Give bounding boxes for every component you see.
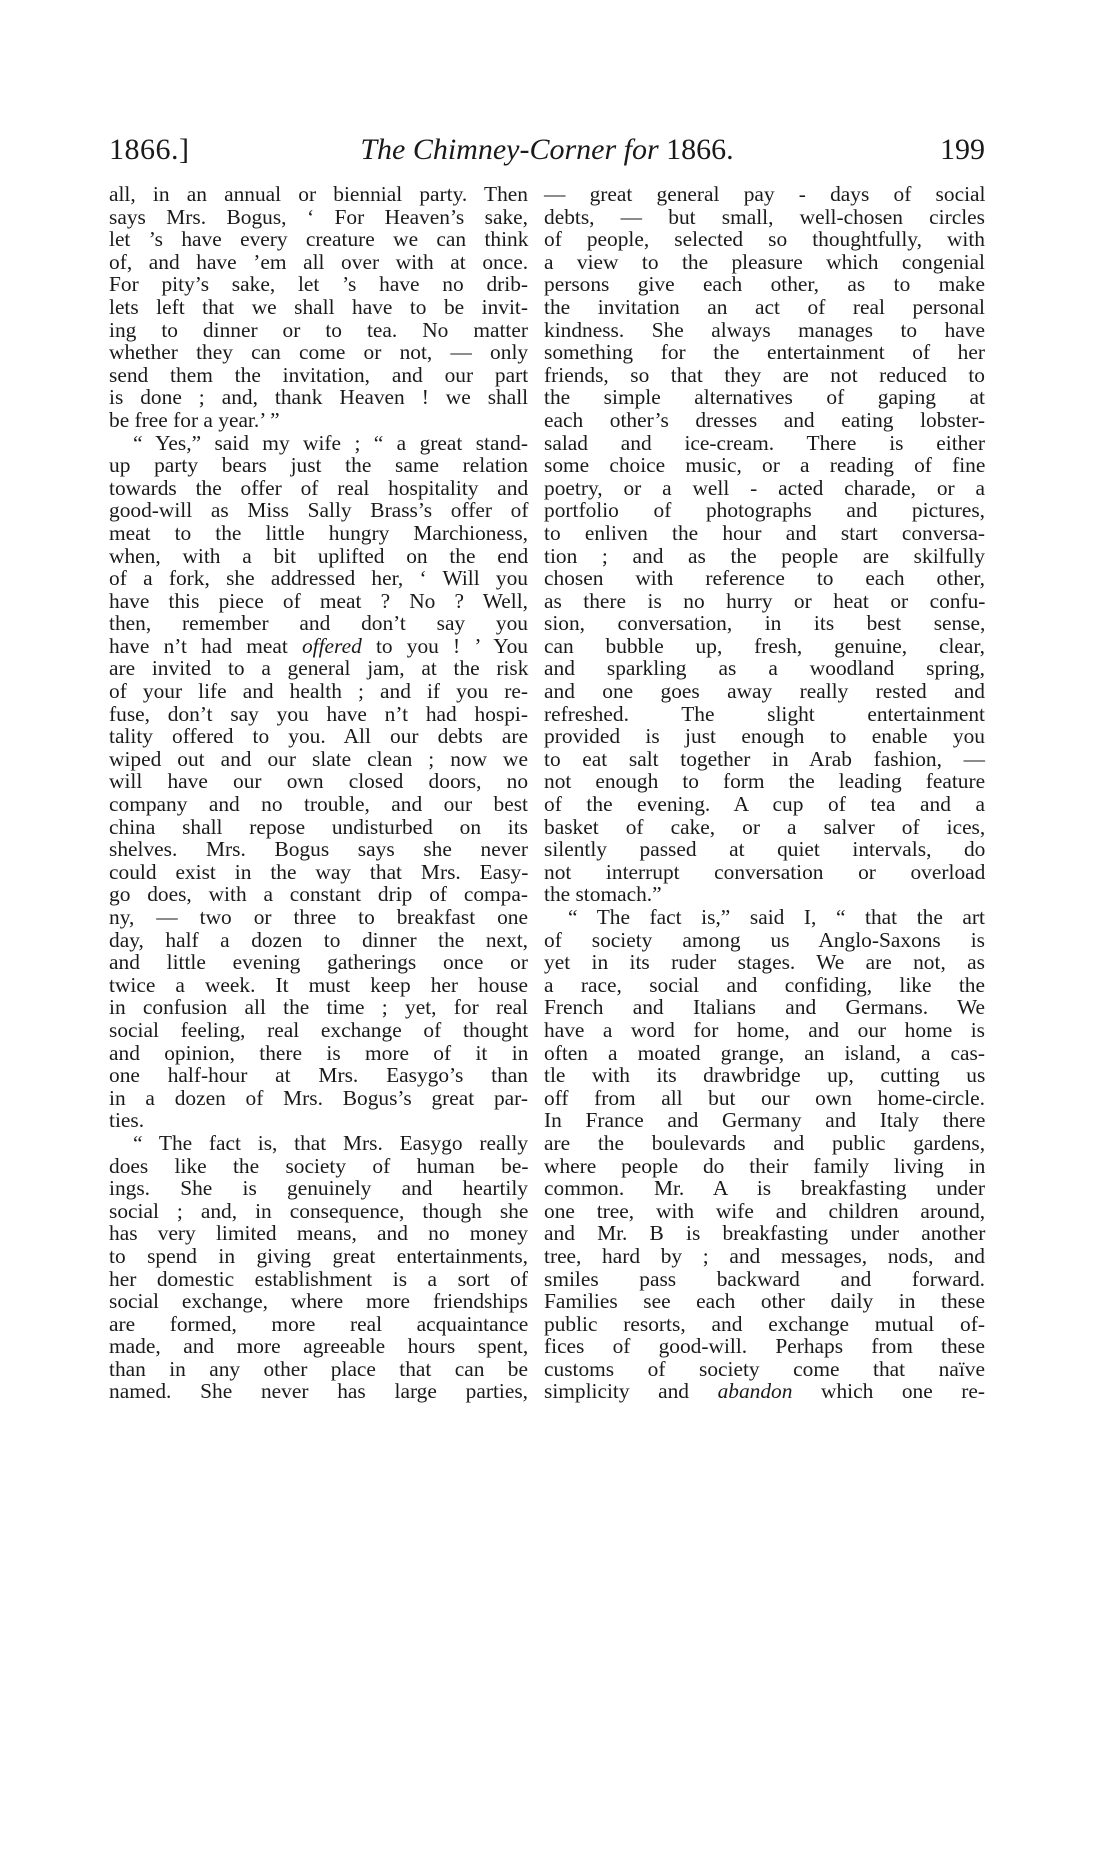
text-line: debts, — but small, well-chosen circles [544,206,985,229]
running-head: 1866.] The Chimney-Corner for 1866. 199 [109,130,985,170]
text-line: to eat salt together in Arab fashion, — [544,748,985,771]
text-line: and Mr. B is breakfasting under another [544,1222,985,1245]
text-line: social exchange, where more friendships [109,1290,528,1313]
text-line: French and Italians and Germans. We [544,996,985,1019]
text-line: sion, conversation, in its best sense, [544,612,985,635]
text-run: simplicity and [544,1379,718,1403]
text-line: than in any other place that can be [109,1358,528,1381]
text-line: lets left that we shall have to be invit… [109,296,528,319]
text-line: wiped out and our slate clean ; now we [109,748,528,771]
text-line: made, and more agreeable hours spent, [109,1335,528,1358]
text-line: one tree, with wife and children around, [544,1200,985,1223]
text-line: provided is just enough to enable you [544,725,985,748]
text-line: friends, so that they are not reduced to [544,364,985,387]
right-column: — great general pay - days of socialdebt… [544,183,985,1403]
text-line: and opinion, there is more of it in [109,1042,528,1065]
text-line: has very limited means, and no money [109,1222,528,1245]
text-line: In France and Germany and Italy there [544,1109,985,1132]
text-line: yet in its ruder stages. We are not, as [544,951,985,974]
text-line: each other’s dresses and eating lobster- [544,409,985,432]
text-line: tality offered to you. All our debts are [109,725,528,748]
text-line: chosen with reference to each other, [544,567,985,590]
text-line: kindness. She always manages to have [544,319,985,342]
text-line: company and no trouble, and our best [109,793,528,816]
text-line: one half-hour at Mrs. Easygo’s than [109,1064,528,1087]
text-line: something for the entertainment of her [544,341,985,364]
text-line: when, with a bit uplifted on the end [109,545,528,568]
text-line: basket of cake, or a salver of ices, [544,816,985,839]
text-line: For pity’s sake, let ’s have no drib- [109,273,528,296]
text-line: often a moated grange, an island, a cas- [544,1042,985,1065]
text-line: meat to the little hungry Marchioness, [109,522,528,545]
text-line: fices of good-will. Perhaps from these [544,1335,985,1358]
text-line: be free for a year.’ ” [109,409,528,432]
text-line: does like the society of human be- [109,1155,528,1178]
text-line: some choice music, or a reading of fine [544,454,985,477]
text-line: then, remember and don’t say you [109,612,528,635]
text-line: the stomach.” [544,883,985,906]
text-line: Families see each other daily in these [544,1290,985,1313]
text-line: up party bears just the same relation [109,454,528,477]
text-line: to enliven the hour and start conversa- [544,522,985,545]
text-line: china shall repose undisturbed on its [109,816,528,839]
text-line: can bubble up, fresh, genuine, clear, [544,635,985,658]
text-line: in confusion all the time ; yet, for rea… [109,996,528,1019]
text-line: of society among us Anglo-Saxons is [544,929,985,952]
text-line: twice a week. It must keep her house [109,974,528,997]
book-page: 1866.] The Chimney-Corner for 1866. 199 … [0,0,1112,1850]
text-line: tion ; and as the people are skilfully [544,545,985,568]
text-line: tle with its drawbridge up, cutting us [544,1064,985,1087]
text-line: have n’t had meat offered to you ! ’ You [109,635,528,658]
text-line: of a fork, she addressed her, ‘ Will you [109,567,528,590]
text-run: to you ! ’ You [362,634,528,658]
text-line: the invitation an act of real personal [544,296,985,319]
text-line: ties. [109,1109,528,1132]
text-line: shelves. Mrs. Bogus says she never [109,838,528,861]
italic-text-run: offered [302,634,362,658]
text-line: her domestic establishment is a sort of [109,1268,528,1291]
text-line: go does, with a constant drip of compa- [109,883,528,906]
text-line: social feeling, real exchange of thought [109,1019,528,1042]
text-line: whether they can come or not, — only [109,341,528,364]
text-line: “ The fact is, that Mrs. Easygo really [109,1132,528,1155]
text-line: let ’s have every creature we can think [109,228,528,251]
text-line: good-will as Miss Sally Brass’s offer of [109,499,528,522]
text-line: public resorts, and exchange mutual of- [544,1313,985,1336]
text-line: is done ; and, thank Heaven ! we shall [109,386,528,409]
left-column: all, in an annual or biennial party. The… [109,183,528,1403]
text-line: all, in an annual or biennial party. The… [109,183,528,206]
text-run: which one re- [792,1379,985,1403]
text-line: persons give each other, as to make [544,273,985,296]
text-line: refreshed. The slight entertainment [544,703,985,726]
text-line: are formed, more real acquaintance [109,1313,528,1336]
text-run: have n’t had meat [109,634,302,658]
running-head-title-year: 1866. [666,133,734,166]
text-line: a view to the pleasure which congenial [544,251,985,274]
text-line: have a word for home, and our home is [544,1019,985,1042]
text-line: the simple alternatives of gaping at [544,386,985,409]
text-line: poetry, or a well - acted charade, or a [544,477,985,500]
text-line: and little evening gatherings once or [109,951,528,974]
text-line: in a dozen of Mrs. Bogus’s great par- [109,1087,528,1110]
text-line: portfolio of photographs and pictures, [544,499,985,522]
text-line: says Mrs. Bogus, ‘ For Heaven’s sake, [109,206,528,229]
text-line: social ; and, in consequence, though she [109,1200,528,1223]
text-line: day, half a dozen to dinner the next, [109,929,528,952]
text-line: tree, hard by ; and messages, nods, and [544,1245,985,1268]
text-line: common. Mr. A is breakfasting under [544,1177,985,1200]
text-line: ings. She is genuinely and heartily [109,1177,528,1200]
text-line: “ The fact is,” said I, “ that the art [544,906,985,929]
page-number: 199 [940,130,985,170]
text-line: of your life and health ; and if you re- [109,680,528,703]
text-line: could exist in the way that Mrs. Easy- [109,861,528,884]
text-line: are the boulevards and public gardens, [544,1132,985,1155]
text-line: are invited to a general jam, at the ris… [109,657,528,680]
text-line: “ Yes,” said my wife ; “ a great stand- [109,432,528,455]
text-line: of, and have ’em all over with at once. [109,251,528,274]
text-line: and one goes away really rested and [544,680,985,703]
text-line: and sparkling as a woodland spring, [544,657,985,680]
text-line: as there is no hurry or heat or confu- [544,590,985,613]
text-line: have this piece of meat ? No ? Well, [109,590,528,613]
text-line: of the evening. A cup of tea and a [544,793,985,816]
running-head-title-italic: The Chimney-Corner for [360,133,666,166]
text-line: ny, — two or three to breakfast one [109,906,528,929]
text-line: will have our own closed doors, no [109,770,528,793]
text-line: — great general pay - days of social [544,183,985,206]
text-line: towards the offer of real hospitality an… [109,477,528,500]
text-line: ing to dinner or to tea. No matter [109,319,528,342]
text-line: fuse, don’t say you have n’t had hospi- [109,703,528,726]
text-line: named. She never has large parties, [109,1380,528,1403]
italic-text-run: abandon [718,1379,793,1403]
text-line: a race, social and confiding, like the [544,974,985,997]
text-line: not interrupt conversation or overload [544,861,985,884]
text-line: off from all but our own home-circle. [544,1087,985,1110]
text-line: of people, selected so thoughtfully, wit… [544,228,985,251]
text-line: simplicity and abandon which one re- [544,1380,985,1403]
text-line: smiles pass backward and forward. [544,1268,985,1291]
running-head-title: The Chimney-Corner for 1866. [109,130,985,170]
text-line: send them the invitation, and our part [109,364,528,387]
text-line: where people do their family living in [544,1155,985,1178]
text-line: salad and ice-cream. There is either [544,432,985,455]
text-line: to spend in giving great entertainments, [109,1245,528,1268]
text-line: not enough to form the leading feature [544,770,985,793]
text-line: customs of society come that naïve [544,1358,985,1381]
text-line: silently passed at quiet intervals, do [544,838,985,861]
